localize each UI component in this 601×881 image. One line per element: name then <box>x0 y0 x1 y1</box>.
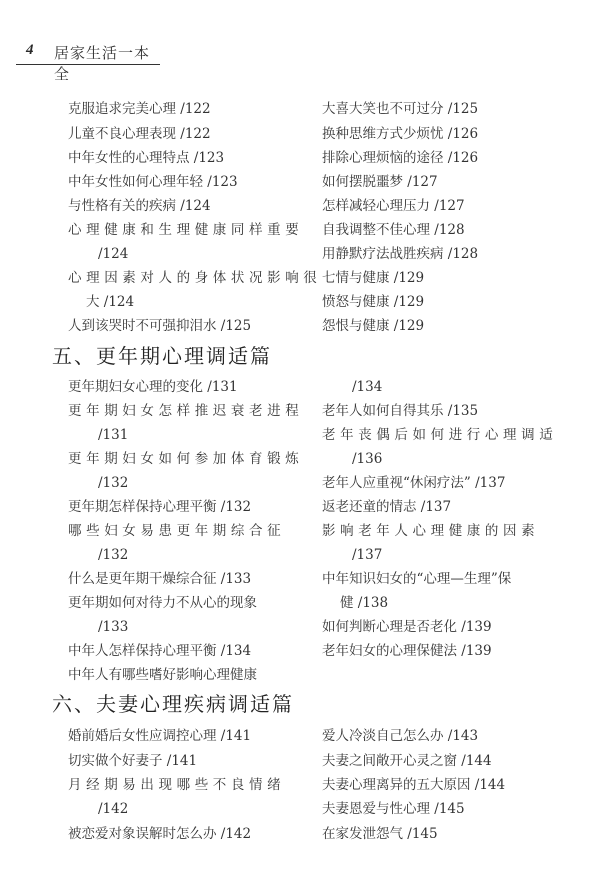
toc-entry: 中年人有哪些嗜好影响心理健康 <box>68 666 257 684</box>
toc-entry: 夫妻心理离异的五大原因 /144 <box>322 776 505 794</box>
toc-entry: 返老还童的情志 /137 <box>322 498 451 516</box>
toc-entry: 老年妇女的心理保健法 /139 <box>322 642 492 660</box>
toc-entry: 人到该哭时不可强抑泪水 /125 <box>68 317 251 335</box>
toc-entry: 如何摆脱噩梦 /127 <box>322 173 438 191</box>
toc-entry: 中年知识妇女的“心理—生理”保 <box>322 570 511 588</box>
section-heading-6: 六、夫妻心理疾病调适篇 <box>52 688 294 717</box>
toc-entry: 中年女性的心理特点 /123 <box>68 149 224 167</box>
toc-entry: 怨恨与健康 /129 <box>322 317 424 335</box>
toc-entry: /142 <box>98 800 128 818</box>
toc-entry: /134 <box>352 378 382 396</box>
toc-entry: 切实做个好妻子 /141 <box>68 752 197 770</box>
toc-entry: 愤怒与健康 /129 <box>322 293 424 311</box>
toc-entry: /132 <box>98 474 128 492</box>
toc-entry: 大 /124 <box>86 293 134 311</box>
toc-entry: 七情与健康 /129 <box>322 269 424 287</box>
page-number: 4 <box>26 42 34 59</box>
toc-entry: 自我调整不佳心理 /128 <box>322 221 465 239</box>
toc-entry: 心理因素对人的身体状况影响很 <box>68 269 321 287</box>
toc-entry: 更年期怎样保持心理平衡 /132 <box>68 498 251 516</box>
toc-entry: 排除心理烦恼的途径 /126 <box>322 149 478 167</box>
toc-entry: 哪些妇女易患更年期综合征 <box>68 522 285 540</box>
toc-entry: 更年期妇女心理的变化 /131 <box>68 378 238 396</box>
toc-entry: 怎样减轻心理压力 /127 <box>322 197 465 215</box>
toc-entry: 克服追求完美心理 /122 <box>68 100 211 118</box>
toc-entry: 心理健康和生理健康同样重要 <box>68 221 303 239</box>
running-header: 4 居家生活一本全 <box>16 40 160 65</box>
toc-entry: /131 <box>98 426 128 444</box>
toc-entry: 更年期如何对待力不从心的现象 <box>68 594 257 612</box>
toc-entry: 什么是更年期干燥综合征 /133 <box>68 570 251 588</box>
toc-entry: /137 <box>352 546 382 564</box>
toc-entry: 与性格有关的疾病 /124 <box>68 197 211 215</box>
toc-entry: 在家发泄怨气 /145 <box>322 825 438 843</box>
toc-entry: 更年期妇女怎样推迟衰老进程 <box>68 402 303 420</box>
toc-entry: 换种思维方式少烦忧 /126 <box>322 125 478 143</box>
toc-entry: 如何判断心理是否老化 /139 <box>322 618 492 636</box>
toc-entry: 儿童不良心理表现 /122 <box>68 125 211 143</box>
toc-entry: 月经期易出现哪些不良情绪 <box>68 776 285 794</box>
toc-entry: 中年人怎样保持心理平衡 /134 <box>68 642 251 660</box>
toc-entry: /136 <box>352 450 382 468</box>
toc-entry: 夫妻恩爱与性心理 /145 <box>322 800 465 818</box>
section-heading-5: 五、更年期心理调适篇 <box>52 340 272 369</box>
toc-entry: 老年人如何自得其乐 /135 <box>322 402 478 420</box>
toc-entry: 影响老年人心理健康的因素 <box>322 522 539 540</box>
toc-entry: 大喜大笑也不可过分 /125 <box>322 100 478 118</box>
toc-entry: 中年女性如何心理年轻 /123 <box>68 173 238 191</box>
toc-entry: 夫妻之间敞开心灵之窗 /144 <box>322 752 492 770</box>
book-title: 居家生活一本全 <box>54 42 160 84</box>
toc-entry: 用静默疗法战胜疾病 /128 <box>322 245 478 263</box>
toc-entry: 更年期妇女如何参加体育锻炼 <box>68 450 303 468</box>
toc-entry: 老年丧偶后如何进行心理调适 <box>322 426 557 444</box>
toc-entry: /124 <box>98 245 128 263</box>
toc-entry: 老年人应重视“休闲疗法” /137 <box>322 474 505 492</box>
toc-entry: 婚前婚后女性应调控心理 /141 <box>68 727 251 745</box>
toc-entry: 爱人冷淡自己怎么办 /143 <box>322 727 478 745</box>
toc-entry: 被恋爱对象误解时怎么办 /142 <box>68 825 251 843</box>
toc-entry: 健 /138 <box>340 594 388 612</box>
toc-entry: /133 <box>98 618 128 636</box>
toc-entry: /132 <box>98 546 128 564</box>
